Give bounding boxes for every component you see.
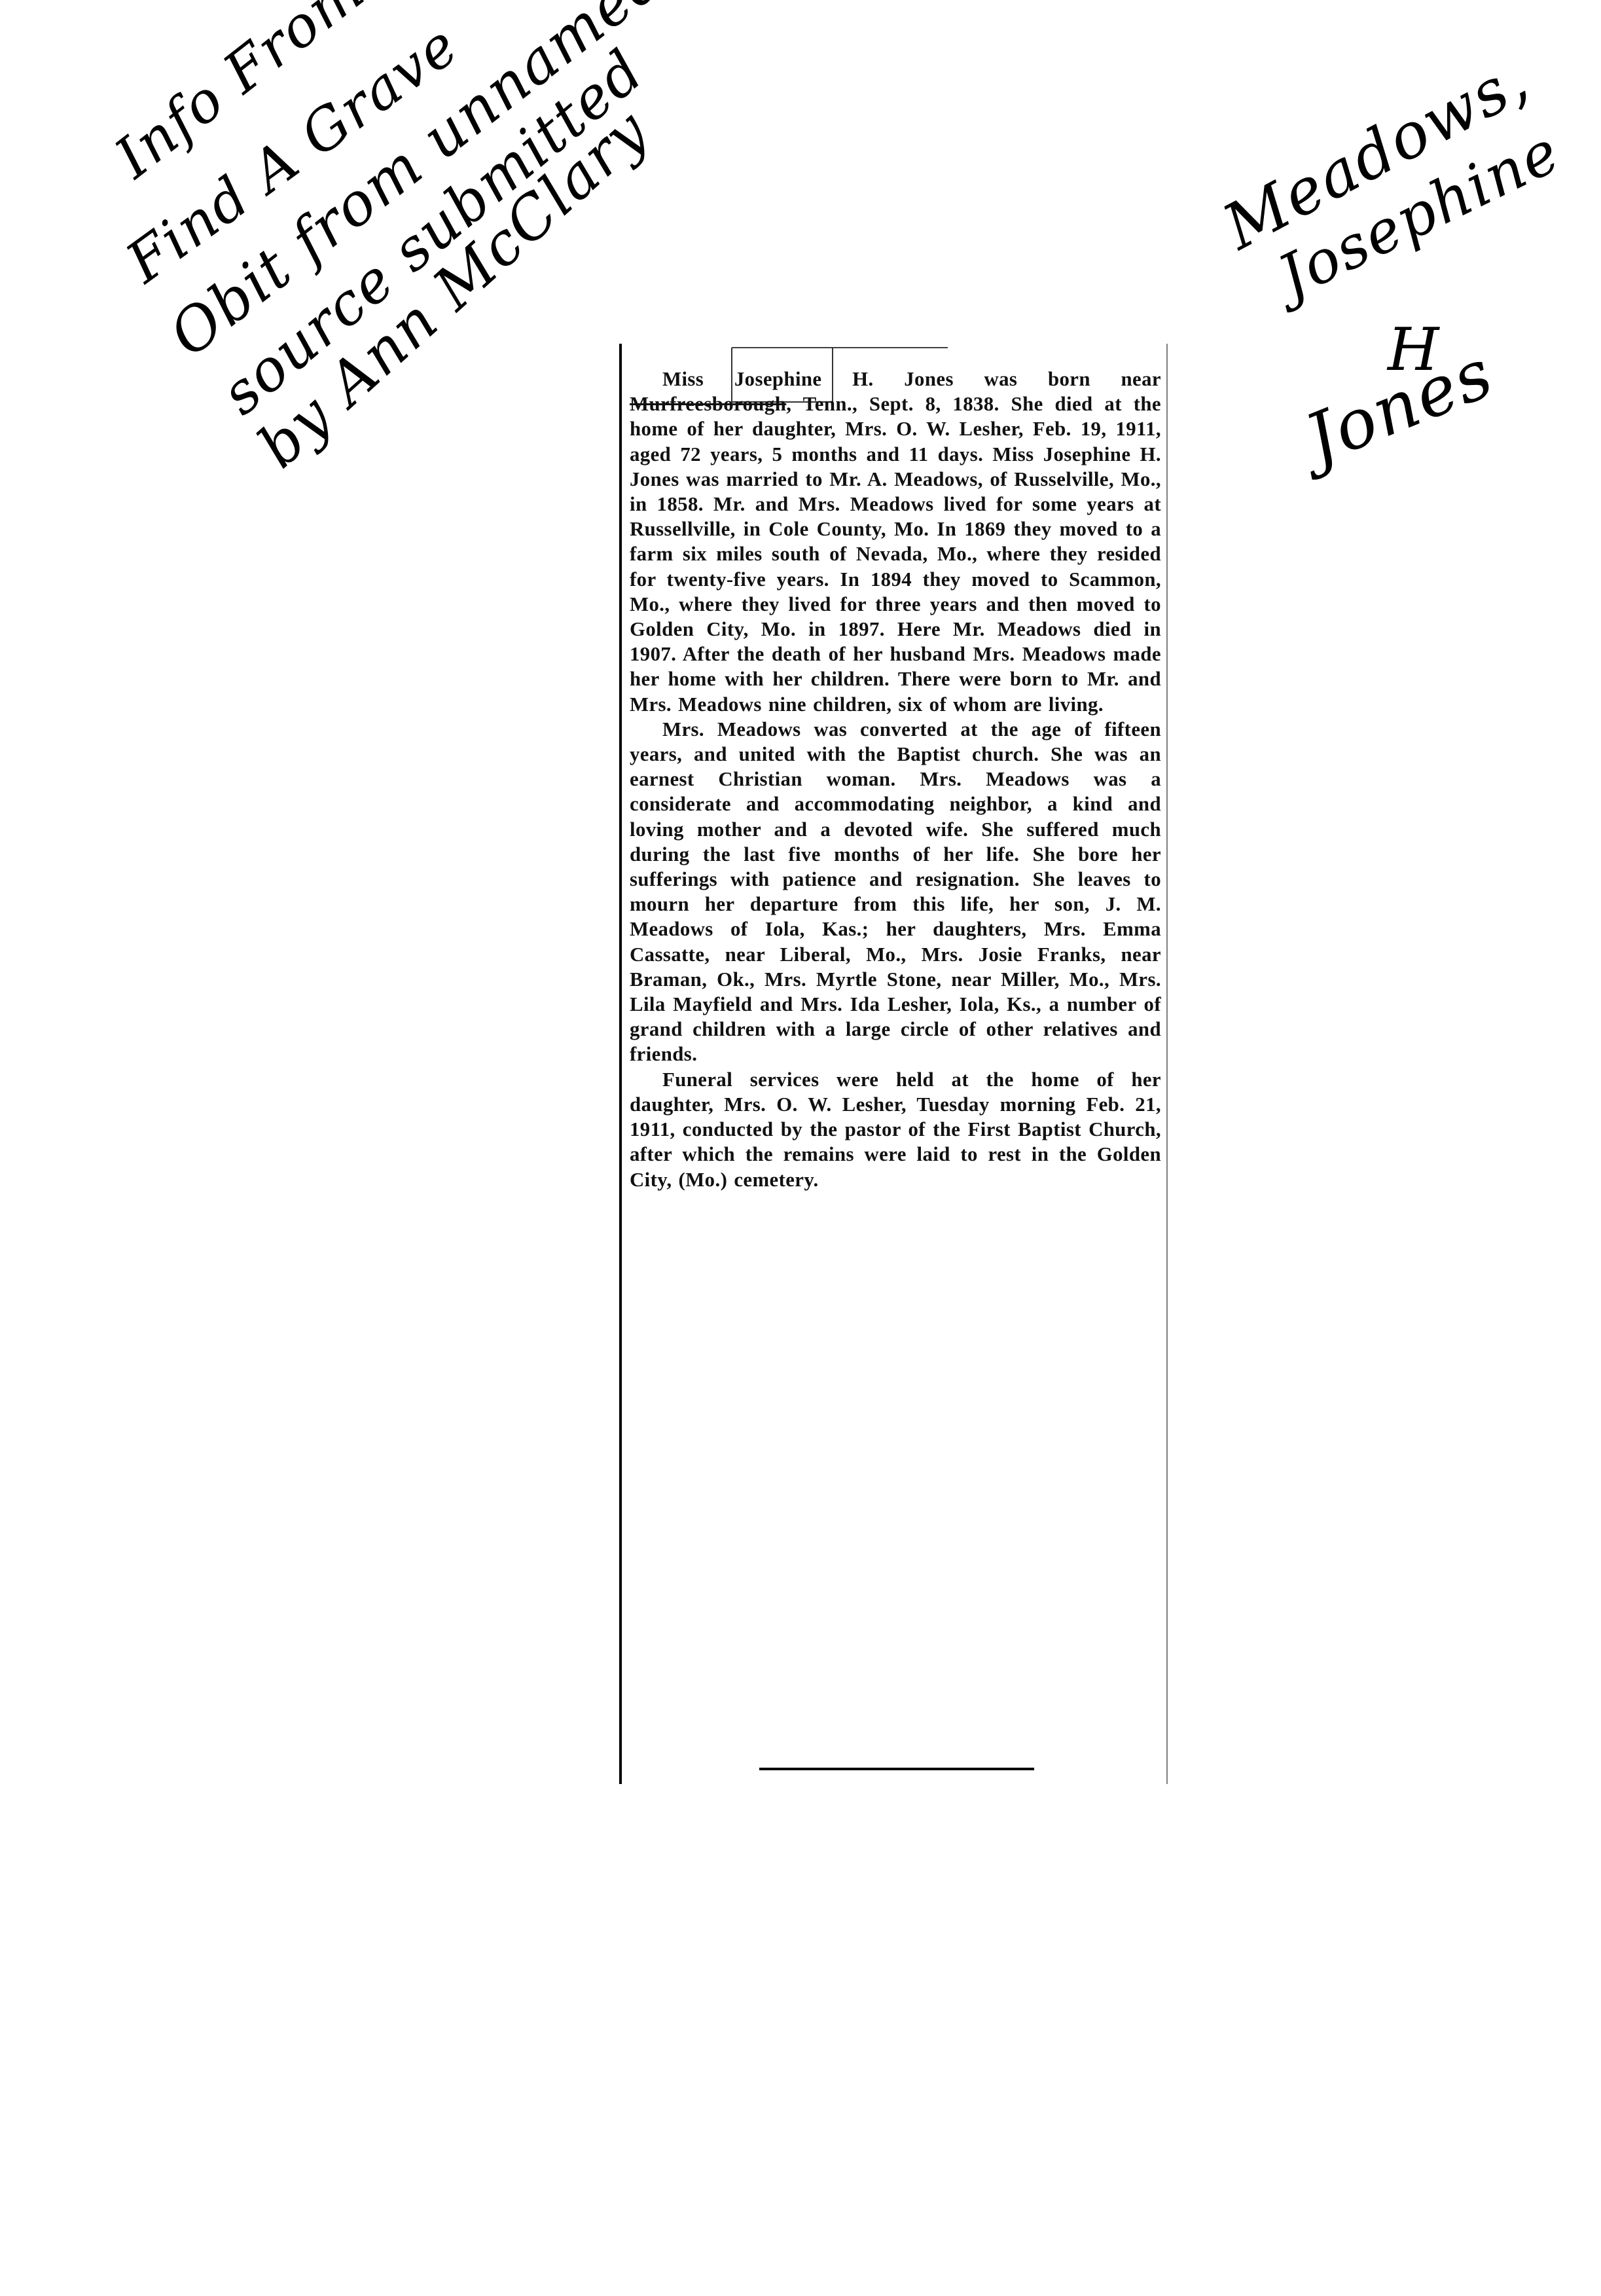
obituary-paragraph: Miss Josephine H. Jones was born near Mu…: [630, 367, 1161, 717]
obituary-paragraph: Mrs. Meadows was converted at the age of…: [630, 717, 1161, 1067]
text-span: Miss Josephine H. Jones was born near: [662, 368, 1161, 390]
end-rule: [759, 1768, 1034, 1770]
column-rule: [1166, 344, 1168, 1784]
struck-through-word: Murfreesborough: [630, 393, 786, 415]
text-span: , Tenn., Sept. 8, 1838. She died at the …: [630, 393, 1161, 715]
obituary-paragraph: Funeral services were held at the home o…: [630, 1067, 1161, 1192]
obituary-text: Miss Josephine H. Jones was born near Mu…: [630, 367, 1161, 1192]
